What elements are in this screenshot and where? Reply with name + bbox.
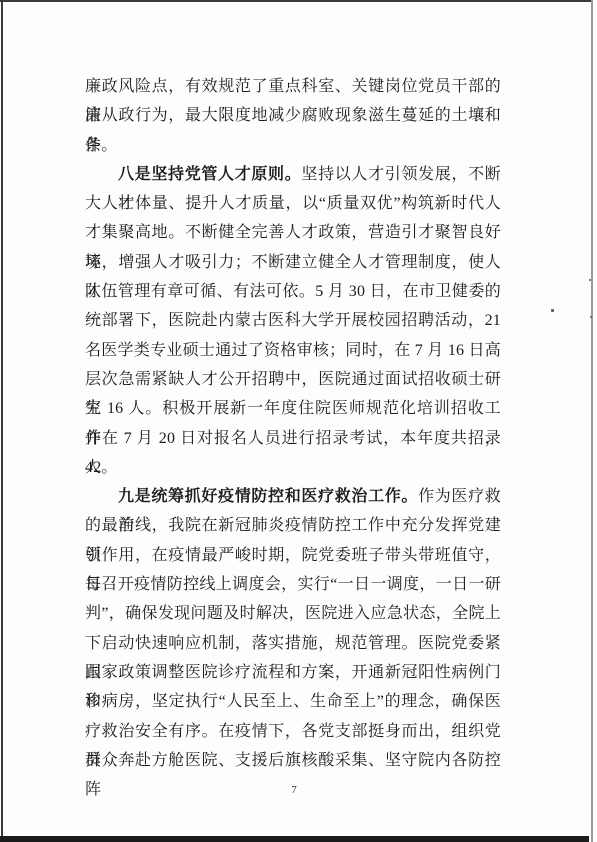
text-line: 和病房，坚定执行“人民至上、生命至上”的理念，确保医 bbox=[85, 687, 501, 716]
page-number: 7 bbox=[282, 784, 306, 796]
body-text: 廉政风险点，有效规范了重点科室、关键岗位党员干部的廉洁从政行为，最大限度地减少腐… bbox=[85, 72, 501, 775]
text-line: 大人才体量、提升人才质量，以“质量双优”构筑新时代人 bbox=[85, 189, 501, 218]
scan-speck bbox=[551, 309, 554, 312]
text-line: 并在 7 月 20 日对报名人员进行招录考试，本年度共招录 42 bbox=[85, 424, 501, 453]
bold-heading: 八是坚持党管人才原则。 bbox=[118, 166, 301, 183]
scan-edge-top bbox=[0, 0, 592, 2]
scan-edge-right bbox=[591, 0, 593, 842]
text-line: 日召开疫情防控线上调度会，实行“一日一调度，一日一研 bbox=[85, 570, 501, 599]
text-line: 人。 bbox=[85, 453, 501, 482]
text-line: 下启动快速响应机制，落实措施，规范管理。医院党委紧跟 bbox=[85, 629, 501, 658]
text-line: 境，增强人才吸引力；不断建立健全人才管理制度，使人才 bbox=[85, 248, 501, 277]
text-line: 洁从政行为，最大限度地减少腐败现象滋生蔓延的土壤和条 bbox=[85, 101, 501, 130]
scan-speck bbox=[590, 316, 592, 318]
text-line: 国家政策调整医院诊疗流程和方案，开通新冠阳性病例门诊 bbox=[85, 658, 501, 687]
text-line: 队伍管理有章可循、有法可依。5 月 30 日，在市卫健委的统 bbox=[85, 277, 501, 306]
scan-speck bbox=[589, 279, 591, 281]
text-line: 九是统筹抓好疫情防控和医疗救治工作。作为医疗救治 bbox=[85, 482, 501, 511]
text-line: 疗救治安全有序。在疫情下，各党支部挺身而出，组织党员 bbox=[85, 717, 501, 746]
document-page: { "colors": { "ink": "#1c1c1c", "paper":… bbox=[0, 0, 597, 842]
text-line: 领作用，在疫情最严峻时期，院党委班子带头带班值守，每 bbox=[85, 541, 501, 570]
text-line: 八是坚持党管人才原则。坚持以人才引领发展，不断壮 bbox=[85, 160, 501, 189]
bold-heading: 九是统筹抓好疫情防控和医疗救治工作。 bbox=[118, 488, 418, 505]
text-line: 件。 bbox=[85, 131, 501, 160]
text-line: 的最前线，我院在新冠肺炎疫情防控工作中充分发挥党建引 bbox=[85, 511, 501, 540]
scan-edge-bottom bbox=[0, 836, 589, 842]
text-line: 群众奔赴方舱医院、支援后旗核酸采集、坚守院内各防控阵 bbox=[85, 746, 501, 775]
text-line: 生 16 人。积极开展新一年度住院医师规范化培训招收工作， bbox=[85, 394, 501, 423]
text-line: 一部署下，医院赴内蒙古医科大学开展校园招聘活动，21 bbox=[85, 306, 501, 335]
text-line: 名医学类专业硕士通过了资格审核；同时，在 7 月 16 日高 bbox=[85, 336, 501, 365]
scan-edge-left bbox=[1, 0, 3, 842]
text-line: 才集聚高地。不断健全完善人才政策，营造引才聚智良好环 bbox=[85, 218, 501, 247]
text-line: 廉政风险点，有效规范了重点科室、关键岗位党员干部的廉 bbox=[85, 72, 501, 101]
text-line: 层次急需紧缺人才公开招聘中，医院通过面试招收硕士研究 bbox=[85, 365, 501, 394]
text-line: 判”，确保发现问题及时解决，医院进入应急状态，全院上 bbox=[85, 599, 501, 628]
